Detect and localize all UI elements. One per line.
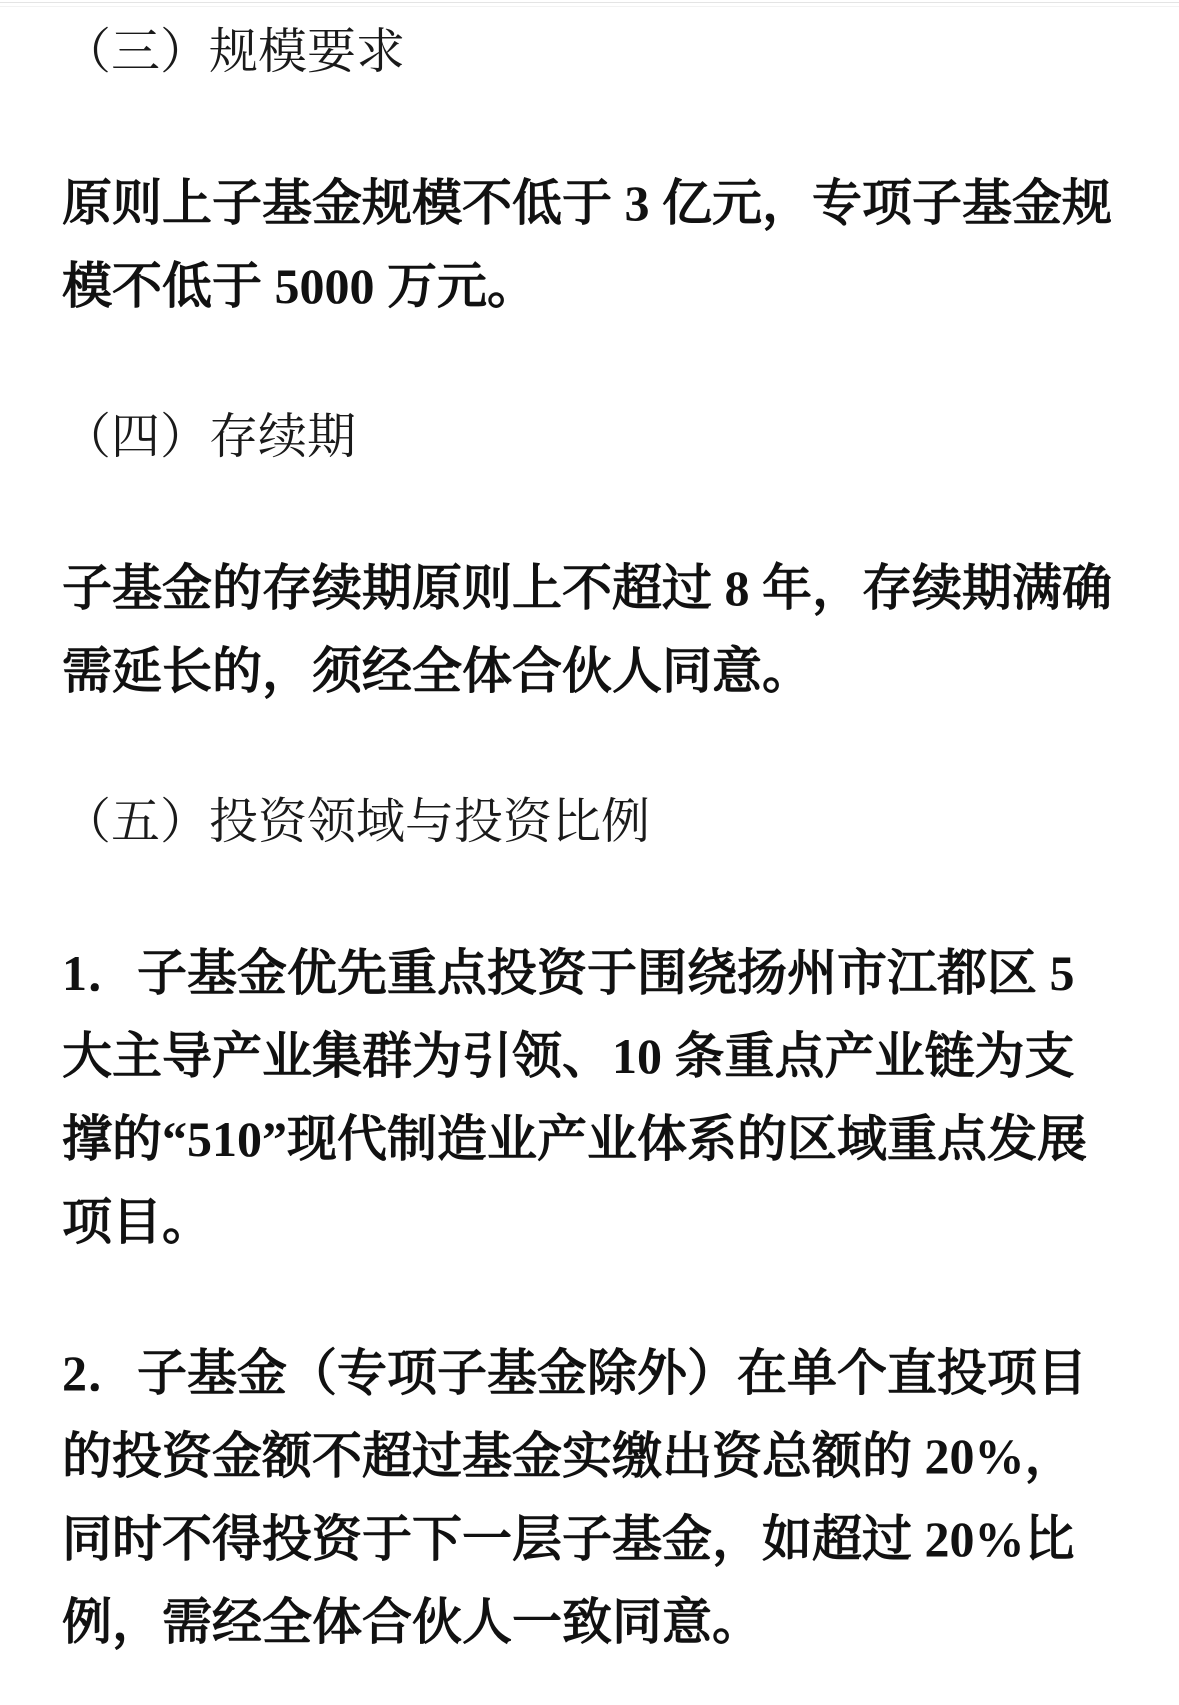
text-line: 例，需经全体合伙人一致同意。 — [62, 1581, 1145, 1664]
text-line: 需延长的，须经全体合伙人同意。 — [62, 630, 1145, 713]
heading-text: （五）投资领域与投资比例 — [62, 781, 1145, 864]
text-line: 子基金的存续期原则上不超过 8 年，存续期满确 — [62, 547, 1145, 630]
paragraph-investment-ratio: 2．子基金（专项子基金除外）在单个直投项目 的投资金额不超过基金实缴出资总额的 … — [62, 1332, 1145, 1664]
text-line: 撑的“510”现代制造业产业体系的区域重点发展 — [62, 1098, 1145, 1181]
text-line: 同时不得投资于下一层子基金，如超过 20%比 — [62, 1498, 1145, 1581]
text-line: 模不低于 5000 万元。 — [62, 245, 1145, 328]
paragraph-scale-requirement: 原则上子基金规模不低于 3 亿元，专项子基金规 模不低于 5000 万元。 — [62, 162, 1145, 328]
heading-text: （四）存续期 — [62, 396, 1145, 479]
text-line: 1．子基金优先重点投资于围绕扬州市江都区 5 — [62, 932, 1145, 1015]
text-line: 2．子基金（专项子基金除外）在单个直投项目 — [62, 1332, 1145, 1415]
text-line: 大主导产业集群为引领、10 条重点产业链为支 — [62, 1015, 1145, 1098]
section-heading-investment: （五）投资领域与投资比例 — [62, 781, 1145, 864]
section-heading-scale: （三）规模要求 — [62, 11, 1145, 94]
text-line: 原则上子基金规模不低于 3 亿元，专项子基金规 — [62, 162, 1145, 245]
paragraph-investment-field: 1．子基金优先重点投资于围绕扬州市江都区 5 大主导产业集群为引领、10 条重点… — [62, 932, 1145, 1264]
section-heading-duration: （四）存续期 — [62, 396, 1145, 479]
paragraph-duration: 子基金的存续期原则上不超过 8 年，存续期满确 需延长的，须经全体合伙人同意。 — [62, 547, 1145, 713]
text-line: 项目。 — [62, 1181, 1145, 1264]
text-line: 的投资金额不超过基金实缴出资总额的 20%， — [62, 1415, 1145, 1498]
article-body: （三）规模要求 原则上子基金规模不低于 3 亿元，专项子基金规 模不低于 500… — [0, 0, 1179, 1664]
heading-text: （三）规模要求 — [62, 11, 1145, 94]
